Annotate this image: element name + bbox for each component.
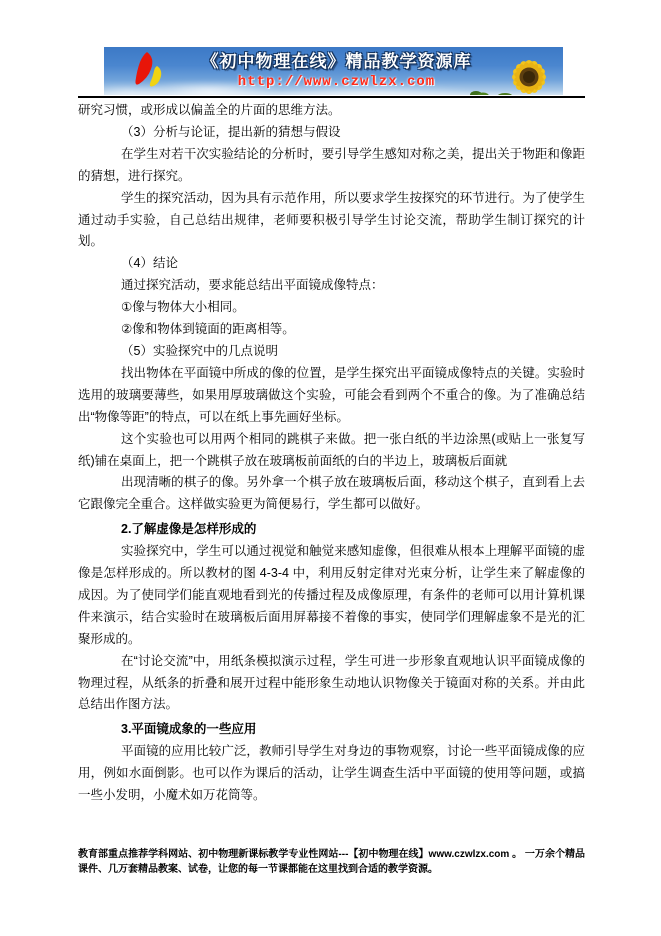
paragraph: 研究习惯，或形成以偏盖全的片面的思维方法。 (78, 100, 585, 122)
paragraph: 平面镜的应用比较广泛，教师引导学生对身边的事物观察，讨论一些平面镜成像的应用，例… (78, 741, 585, 807)
paragraph: （5）实验探究中的几点说明 (78, 341, 585, 363)
paragraph: 在“讨论交流”中，用纸条模拟演示过程，学生可进一步形象直观地认识平面镜成像的物理… (78, 651, 585, 717)
header-divider (78, 96, 585, 98)
banner-text-block: 《初中物理在线》精品教学资源库 http://www.czwlzx.com (196, 51, 477, 91)
paragraph: 学生的探究活动，因为具有示范作用，所以要求学生按探究的环节进行。为了使学生通过动… (78, 188, 585, 254)
sunflower-icon (487, 47, 563, 95)
paragraph: 通过探究活动，要求能总结出平面镜成像特点： (78, 275, 585, 297)
footer-text: 教育部重点推荐学科网站、初中物理新课标教学专业性网站---【初中物理在线】www… (78, 848, 585, 877)
section-heading: 2.了解虚像是怎样形成的 (78, 519, 585, 541)
paragraph: 出现清晰的棋子的像。另外拿一个棋子放在玻璃板后面，移动这个棋子，直到看上去它跟像… (78, 472, 585, 516)
paragraph: ①像与物体大小相同。 (78, 297, 585, 319)
physics-flame-logo-icon (126, 51, 172, 93)
paragraph: （3）分析与论证，提出新的猜想与假设 (78, 122, 585, 144)
banner-title: 《初中物理在线》精品教学资源库 (196, 51, 477, 73)
paragraph: ②像和物体到镜面的距离相等。 (78, 319, 585, 341)
paragraph: 找出物体在平面镜中所成的像的位置，是学生探究出平面镜成像特点的关键。实验时选用的… (78, 363, 585, 429)
paragraph: 实验探究中，学生可以通过视觉和触觉来感知虚像，但很难从根本上理解平面镜的虚像是怎… (78, 541, 585, 651)
paragraph: 这个实验也可以用两个相同的跳棋子来做。把一张白纸的半边涂黑(或贴上一张复写纸)铺… (78, 429, 585, 473)
paragraph: 在学生对若干次实验结论的分析时，要引导学生感知对称之美，提出关于物距和像距的猜想… (78, 144, 585, 188)
document-body: 研究习惯，或形成以偏盖全的片面的思维方法。（3）分析与论证，提出新的猜想与假设在… (78, 100, 585, 807)
paragraph: （4）结论 (78, 253, 585, 275)
document-page: 《初中物理在线》精品教学资源库 http://www.czwlzx.com (0, 0, 661, 936)
site-banner[interactable]: 《初中物理在线》精品教学资源库 http://www.czwlzx.com (104, 47, 563, 95)
banner-url: http://www.czwlzx.com (196, 73, 477, 91)
section-heading: 3.平面镜成象的一些应用 (78, 719, 585, 741)
